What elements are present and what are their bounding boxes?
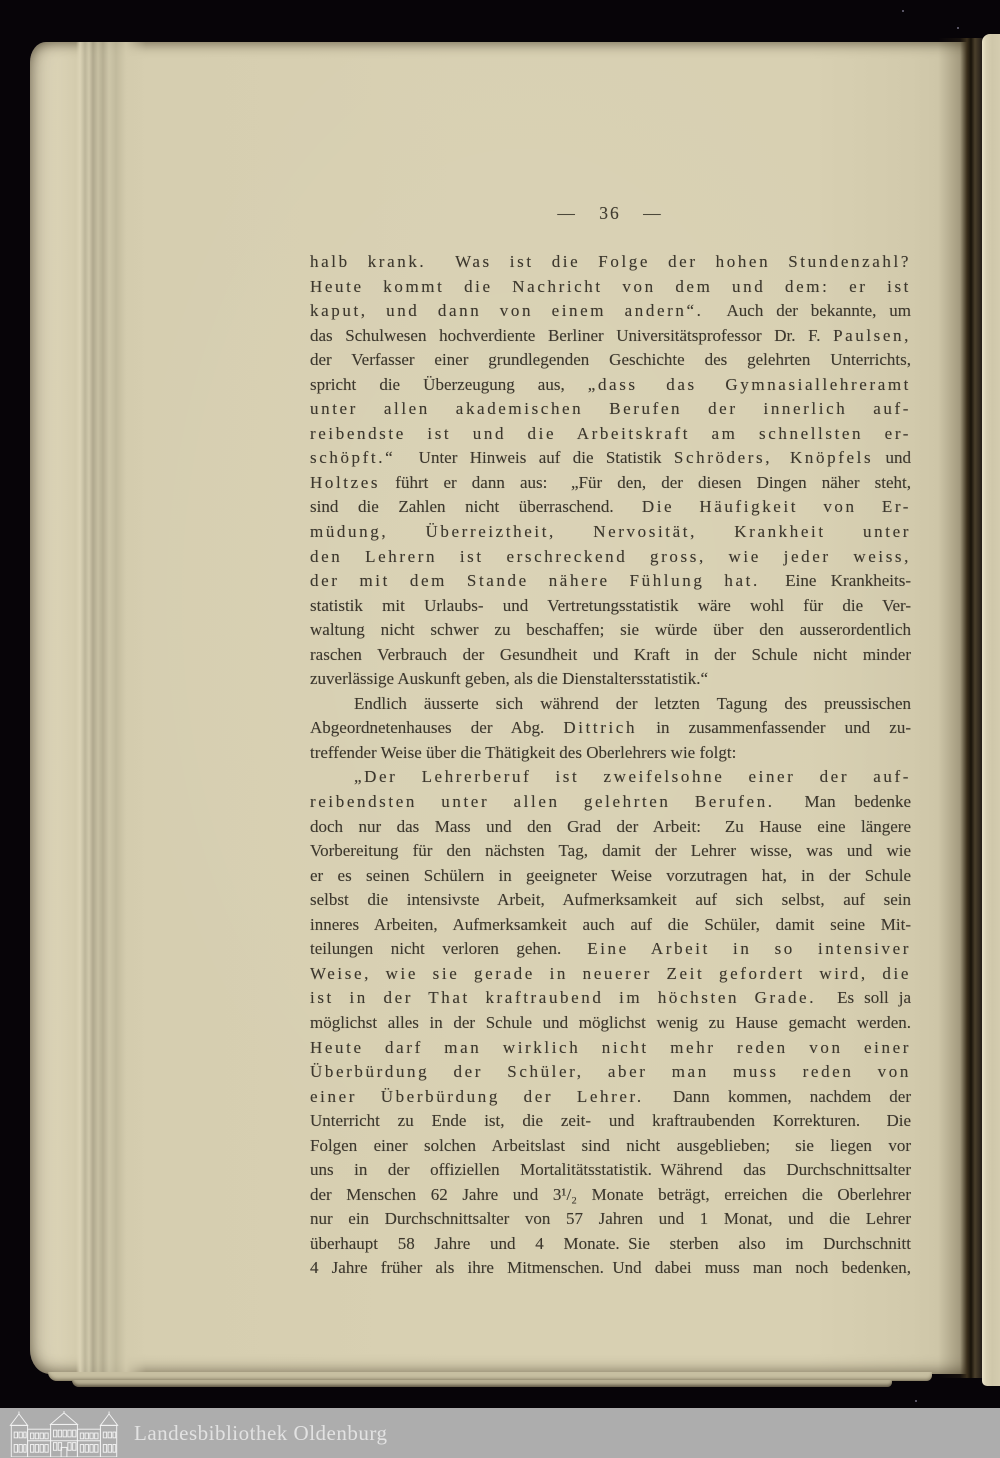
text-line: der Menschen 62 Jahre und 3¹/₂ Monate be… (310, 1183, 911, 1208)
text-line: möglichst alles in der Schule und möglic… (310, 1011, 911, 1036)
text-line: inneres Arbeiten, Aufmerksamkeit auch au… (310, 913, 911, 938)
text-line: kaput, und dann von einem andern“. Auch … (310, 299, 911, 324)
text-line: Folgen einer solchen Arbeitslast sind ni… (310, 1134, 911, 1159)
text-line: Heute kommt die Nachricht von dem und de… (310, 275, 911, 300)
text-line: Überbürdung der Schüler, aber man muss r… (310, 1060, 911, 1085)
text-line: Heute darf man wirklich nicht mehr reden… (310, 1036, 911, 1061)
text-line: Holtzes führt er dann aus: „Für den, der… (310, 471, 911, 496)
text-line: zuverlässige Auskunft geben, als die Die… (310, 667, 911, 692)
text-line: treffender Weise über die Thätigkeit des… (310, 741, 911, 766)
text-line: einer Überbürdung der Lehrer. Dann komme… (310, 1085, 911, 1110)
dust-speck (902, 10, 904, 12)
text-line: der Verfasser einer grundlegenden Geschi… (310, 348, 911, 373)
text-line: nur ein Durchschnittsalter von 57 Jahren… (310, 1207, 911, 1232)
text-line: reibendste ist und die Arbeitskraft am s… (310, 422, 911, 447)
text-line: waltung nicht schwer zu beschaffen; sie … (310, 618, 911, 643)
scanned-book-spread: — 36 — halb krank. Was ist die Folge der… (0, 0, 1000, 1458)
text-line: 4 Jahre früher als ihre Mitmenschen. Und… (310, 1256, 911, 1281)
text-line: „Der Lehrerberuf ist zweifelsohne einer … (310, 765, 911, 790)
text-line: der mit dem Stande nähere Fühlung hat. E… (310, 569, 911, 594)
library-name: Landesbibliothek Oldenburg (134, 1421, 388, 1446)
text-line: unter allen akademischen Berufen der inn… (310, 397, 911, 422)
text-line: Weise, wie sie gerade in neuerer Zeit ge… (310, 962, 911, 987)
text-line: selbst die intensivste Arbeit, Aufmerksa… (310, 888, 911, 913)
text-line: Vorbereitung für den nächsten Tag, damit… (310, 839, 911, 864)
text-line: schöpft.“ Unter Hinweis auf die Statisti… (310, 446, 911, 471)
page-number: — 36 — (310, 203, 910, 224)
text-line: das Schulwesen hochverdiente Berliner Un… (310, 324, 911, 349)
text-line: sind die Zahlen nicht überraschend. Die … (310, 495, 911, 520)
text-line: er es seinen Schülern in geeigneter Weis… (310, 864, 911, 889)
book-gutter-shadow (938, 38, 984, 1378)
text-line: raschen Verbrauch der Gesundheit und Kra… (310, 643, 911, 668)
text-line: reibendsten unter allen gelehrten Berufe… (310, 790, 911, 815)
text-line: teilungen nicht verloren gehen. Eine Arb… (310, 937, 911, 962)
text-line: Unterricht zu Ende ist, die zeit- und kr… (310, 1109, 911, 1134)
text-line: müdung, Überreiztheit, Nervosität, Krank… (310, 520, 911, 545)
text-line: Abgeordnetenhauses der Abg. Dittrich in … (310, 716, 911, 741)
dust-speck (957, 27, 959, 29)
text-line: den Lehrern ist erschreckend gross, wie … (310, 545, 911, 570)
dust-speck (915, 1400, 917, 1402)
text-line: uns in der offiziellen Mortalitätsstatis… (310, 1158, 911, 1183)
underlying-page-edge (72, 1380, 892, 1387)
facing-page-edge (982, 34, 1000, 1386)
text-line: ist in der That kraftraubend im höchsten… (310, 986, 911, 1011)
library-building-icon (8, 1411, 120, 1457)
text-line: statistik mit Urlaubs- und Vertretungsst… (310, 594, 911, 619)
book-page: — 36 — halb krank. Was ist die Folge der… (30, 42, 975, 1374)
page-edge-stack (76, 42, 146, 1374)
text-line: doch nur das Mass und den Grad der Arbei… (310, 815, 911, 840)
library-footer-bar: Landesbibliothek Oldenburg (0, 1408, 1000, 1458)
text-line: halb krank. Was ist die Folge der hohen … (310, 250, 911, 275)
text-line: spricht die Überzeugung aus, „dass das G… (310, 373, 911, 398)
text-line: überhaupt 58 Jahre und 4 Monate. Sie ste… (310, 1232, 911, 1257)
text-line: Endlich äusserte sich während der letzte… (310, 692, 911, 717)
page-text: halb krank. Was ist die Folge der hohen … (310, 250, 911, 1281)
